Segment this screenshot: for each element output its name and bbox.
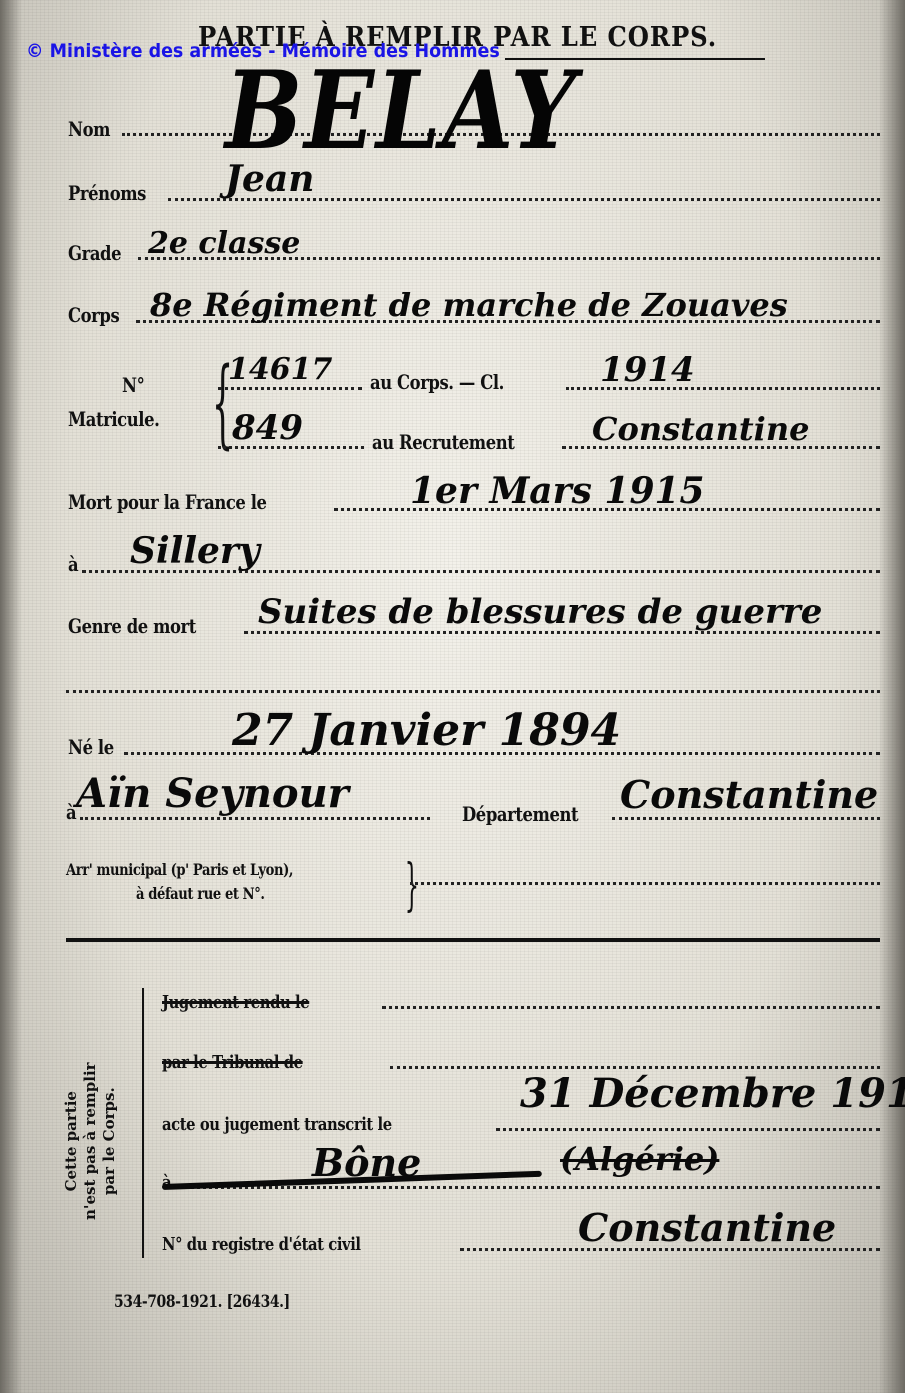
mort-value: 1er Mars 1915 — [410, 470, 705, 512]
section-divider — [66, 938, 880, 942]
lieu-transcription-line — [172, 1186, 880, 1189]
arrondissement-label-line2: à défaut rue et N°. — [136, 884, 265, 903]
mort-label: Mort pour la France le — [68, 490, 267, 514]
nom-value: BELAY — [225, 48, 578, 174]
classe-value: 1914 — [600, 350, 695, 390]
tribunal-line — [390, 1066, 880, 1069]
corps-label: Corps — [68, 303, 119, 327]
recrutement-value: Constantine — [592, 410, 809, 448]
transcrit-line — [496, 1128, 880, 1131]
prenoms-value: Jean — [225, 158, 314, 200]
naissance-label: Né le — [68, 735, 114, 759]
arrondissement-label-line1: Arr' municipal (p' Paris et Lyon), — [66, 860, 293, 879]
arrondissement-brace: } — [405, 858, 419, 914]
matricule-label: Matricule. — [68, 407, 159, 431]
corps-value: 8e Régiment de marche de Zouaves — [150, 286, 788, 324]
transcrit-label: acte ou jugement transcrit le — [162, 1114, 392, 1135]
naissance-value: 27 Janvier 1894 — [232, 705, 621, 756]
lieu-naissance-line — [80, 817, 430, 820]
grade-label: Grade — [68, 241, 121, 265]
transcrit-value: 31 Décembre 1915 — [520, 1070, 905, 1117]
recrutement-number-value: 849 — [232, 408, 303, 448]
lieu-naissance-label: à — [66, 800, 76, 824]
genre-mort-value: Suites de blessures de guerre — [258, 592, 822, 632]
grade-value: 2e classe — [148, 226, 300, 261]
departement-value: Constantine — [620, 772, 878, 817]
registre-label: N° du registre d'état civil — [162, 1234, 361, 1255]
registre-value: Constantine — [578, 1205, 836, 1250]
au-recrutement-label: au Recrutement — [372, 430, 514, 454]
arrondissement-line — [410, 882, 880, 885]
civil-section-bracket — [142, 988, 144, 1258]
side-note-line1: Cette partie — [62, 1062, 81, 1220]
lieu-naissance-value: Aïn Seynour — [76, 770, 349, 817]
document-paper — [0, 0, 905, 1393]
matricule-label-no: N° — [122, 373, 144, 397]
au-corps-label: au Corps. — Cl. — [370, 370, 504, 394]
side-note: Cette partie n'est pas à remplir par le … — [62, 1062, 119, 1220]
departement-label: Département — [462, 802, 578, 826]
scan-edge-right — [879, 0, 905, 1393]
nom-label: Nom — [68, 117, 110, 141]
genre-mort-label: Genre de mort — [68, 614, 196, 638]
lieu-transcription-struck: (Algérie) — [560, 1140, 719, 1178]
jugement-label: Jugement rendu le — [162, 992, 309, 1013]
scan-edge-left — [0, 0, 22, 1393]
corps-number-line — [218, 387, 362, 390]
prenoms-label: Prénoms — [68, 181, 146, 205]
corps-number-value: 14617 — [228, 352, 332, 387]
print-code: 534-708-1921. [26434.] — [114, 1292, 290, 1312]
side-note-line2: n'est pas à remplir — [81, 1062, 100, 1220]
tribunal-label: par le Tribunal de — [162, 1052, 303, 1073]
lieu-mort-value: Sillery — [130, 530, 260, 572]
departement-line — [612, 817, 880, 820]
side-note-line3: par le Corps. — [100, 1062, 119, 1220]
lieu-mort-label: à — [68, 552, 78, 576]
jugement-line — [382, 1006, 880, 1009]
genre-mort-line-2 — [66, 690, 880, 693]
